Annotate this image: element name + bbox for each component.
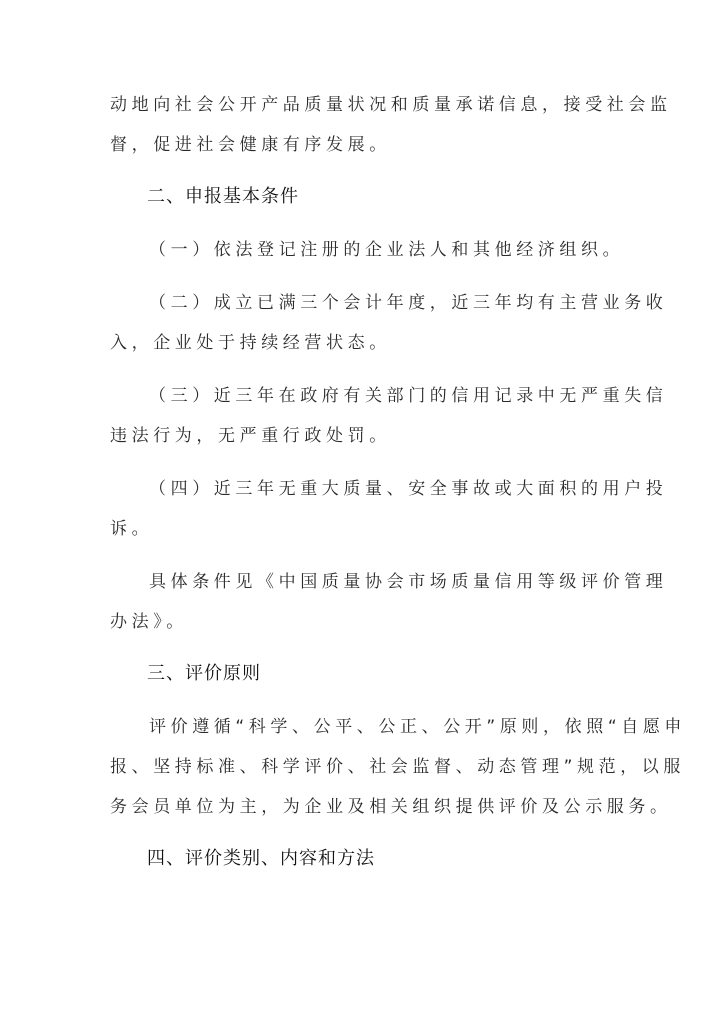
condition-item-4-line-2: 诉。 (110, 518, 610, 540)
document-page: 动地向社会公开产品质量状况和质量承诺信息，接受社会监 督，促进社会健康有序发展。… (0, 0, 714, 1010)
condition-item-2-line-2: 入，企业处于持续经营状态。 (110, 332, 610, 354)
condition-item-3-line-1: （三）近三年在政府有关部门的信用记录中无严重失信 (149, 385, 649, 407)
reference-note-line-1: 具体条件见《中国质量协会市场质量信用等级评价管理 (149, 571, 649, 593)
condition-item-3-line-2: 违法行为，无严重行政处罚。 (110, 425, 610, 447)
principles-line-1: 评价遵循“科学、公平、公正、公开”原则，依照“自愿申 (149, 716, 649, 738)
principles-line-3: 务会员单位为主，为企业及相关组织提供评价及公示服务。 (110, 796, 610, 818)
condition-item-2-line-1: （二）成立已满三个会计年度，近三年均有主营业务收 (149, 292, 649, 314)
section-heading-evaluation-principles: 三、评价原则 (147, 663, 261, 685)
paragraph-line: 督，促进社会健康有序发展。 (110, 134, 610, 156)
condition-item-1: （一）依法登记注册的企业法人和其他经济组织。 (149, 239, 649, 261)
reference-note-line-2: 办法》。 (110, 611, 610, 633)
condition-item-4-line-1: （四）近三年无重大质量、安全事故或大面积的用户投 (149, 478, 649, 500)
section-heading-evaluation-categories: 四、评价类别、内容和方法 (147, 848, 375, 870)
paragraph-line: 动地向社会公开产品质量状况和质量承诺信息，接受社会监 (110, 94, 610, 116)
principles-line-2: 报、坚持标准、科学评价、社会监督、动态管理”规范，以服 (110, 756, 610, 778)
section-heading-application-conditions: 二、申报基本条件 (147, 186, 299, 208)
